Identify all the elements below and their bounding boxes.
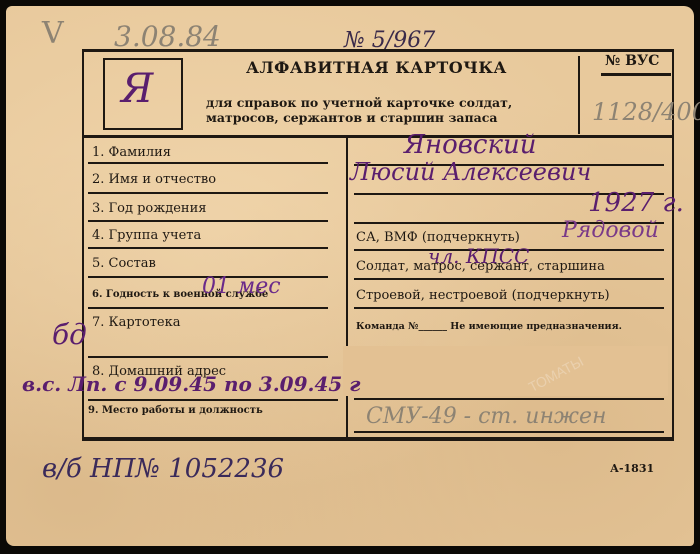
redacted-area	[343, 346, 668, 396]
row-line	[354, 307, 664, 309]
group-options: СА, ВМФ (подчеркнуть)	[356, 230, 520, 245]
row-line	[354, 278, 664, 280]
alphabet-card: V 3.08.84 № 5/967 Я АЛФАВИТНАЯ КАРТОЧКА …	[6, 6, 694, 546]
party-value: чл. КПСС	[428, 244, 529, 268]
bottom-note: в/б НП№ 1052236	[42, 454, 284, 484]
row-line	[354, 431, 664, 433]
row-line	[88, 307, 328, 309]
vus-value: 1128/400	[592, 98, 700, 126]
frame-top-border	[82, 49, 674, 52]
field-label-surname: 1. Фамилия	[92, 145, 171, 160]
vus-underline	[601, 73, 671, 76]
address-value: в.с. Лп. с 9.09.45 по 3.09.45 г	[22, 372, 361, 396]
card-subtitle-line2: матросов, сержантов и старшин запаса	[206, 110, 497, 125]
letter-box-value: Я	[121, 66, 153, 112]
header-divider	[82, 135, 674, 138]
row-line	[88, 356, 328, 358]
card-subtitle-line1: для справок по учетной карточке солдат,	[206, 95, 512, 110]
group-value: Рядовой	[562, 218, 659, 243]
form-code: А-1831	[610, 462, 654, 475]
field-label-composition: 5. Состав	[92, 256, 156, 271]
check-mark: V	[42, 16, 64, 51]
frame-bottom-border	[82, 437, 674, 441]
vus-divider	[578, 56, 580, 134]
row-line	[88, 247, 328, 249]
surname-value: Яновский	[404, 130, 537, 160]
letter-box: Я	[103, 58, 183, 130]
field-label-workplace: 9. Место работы и должность	[88, 405, 263, 416]
name-value: Люсий Алексеевич	[350, 158, 591, 186]
row-line	[354, 398, 664, 400]
workplace-value: СМУ-49 - ст. инжен	[366, 404, 606, 429]
birth-year-value: 1927 г.	[588, 188, 684, 218]
field-label-birth-year: 3. Год рождения	[92, 201, 206, 216]
field-label-name: 2. Имя и отчество	[92, 172, 216, 187]
fitness-options: Строевой, нестроевой (подчеркнуть)	[356, 288, 610, 303]
side-mark: бд	[52, 318, 87, 351]
field-label-file: 7. Картотека	[92, 315, 180, 330]
row-line	[88, 399, 338, 401]
fitness-value: 01 мес	[202, 274, 281, 299]
row-line	[88, 162, 328, 164]
row-line	[88, 192, 328, 194]
field-label-group: 4. Группа учета	[92, 228, 201, 243]
card-title: АЛФАВИТНАЯ КАРТОЧКА	[246, 58, 507, 77]
vus-label: № ВУС	[605, 53, 659, 69]
row-line	[88, 220, 328, 222]
command-line: Команда №______ Не имеющие предназначени…	[356, 321, 622, 332]
